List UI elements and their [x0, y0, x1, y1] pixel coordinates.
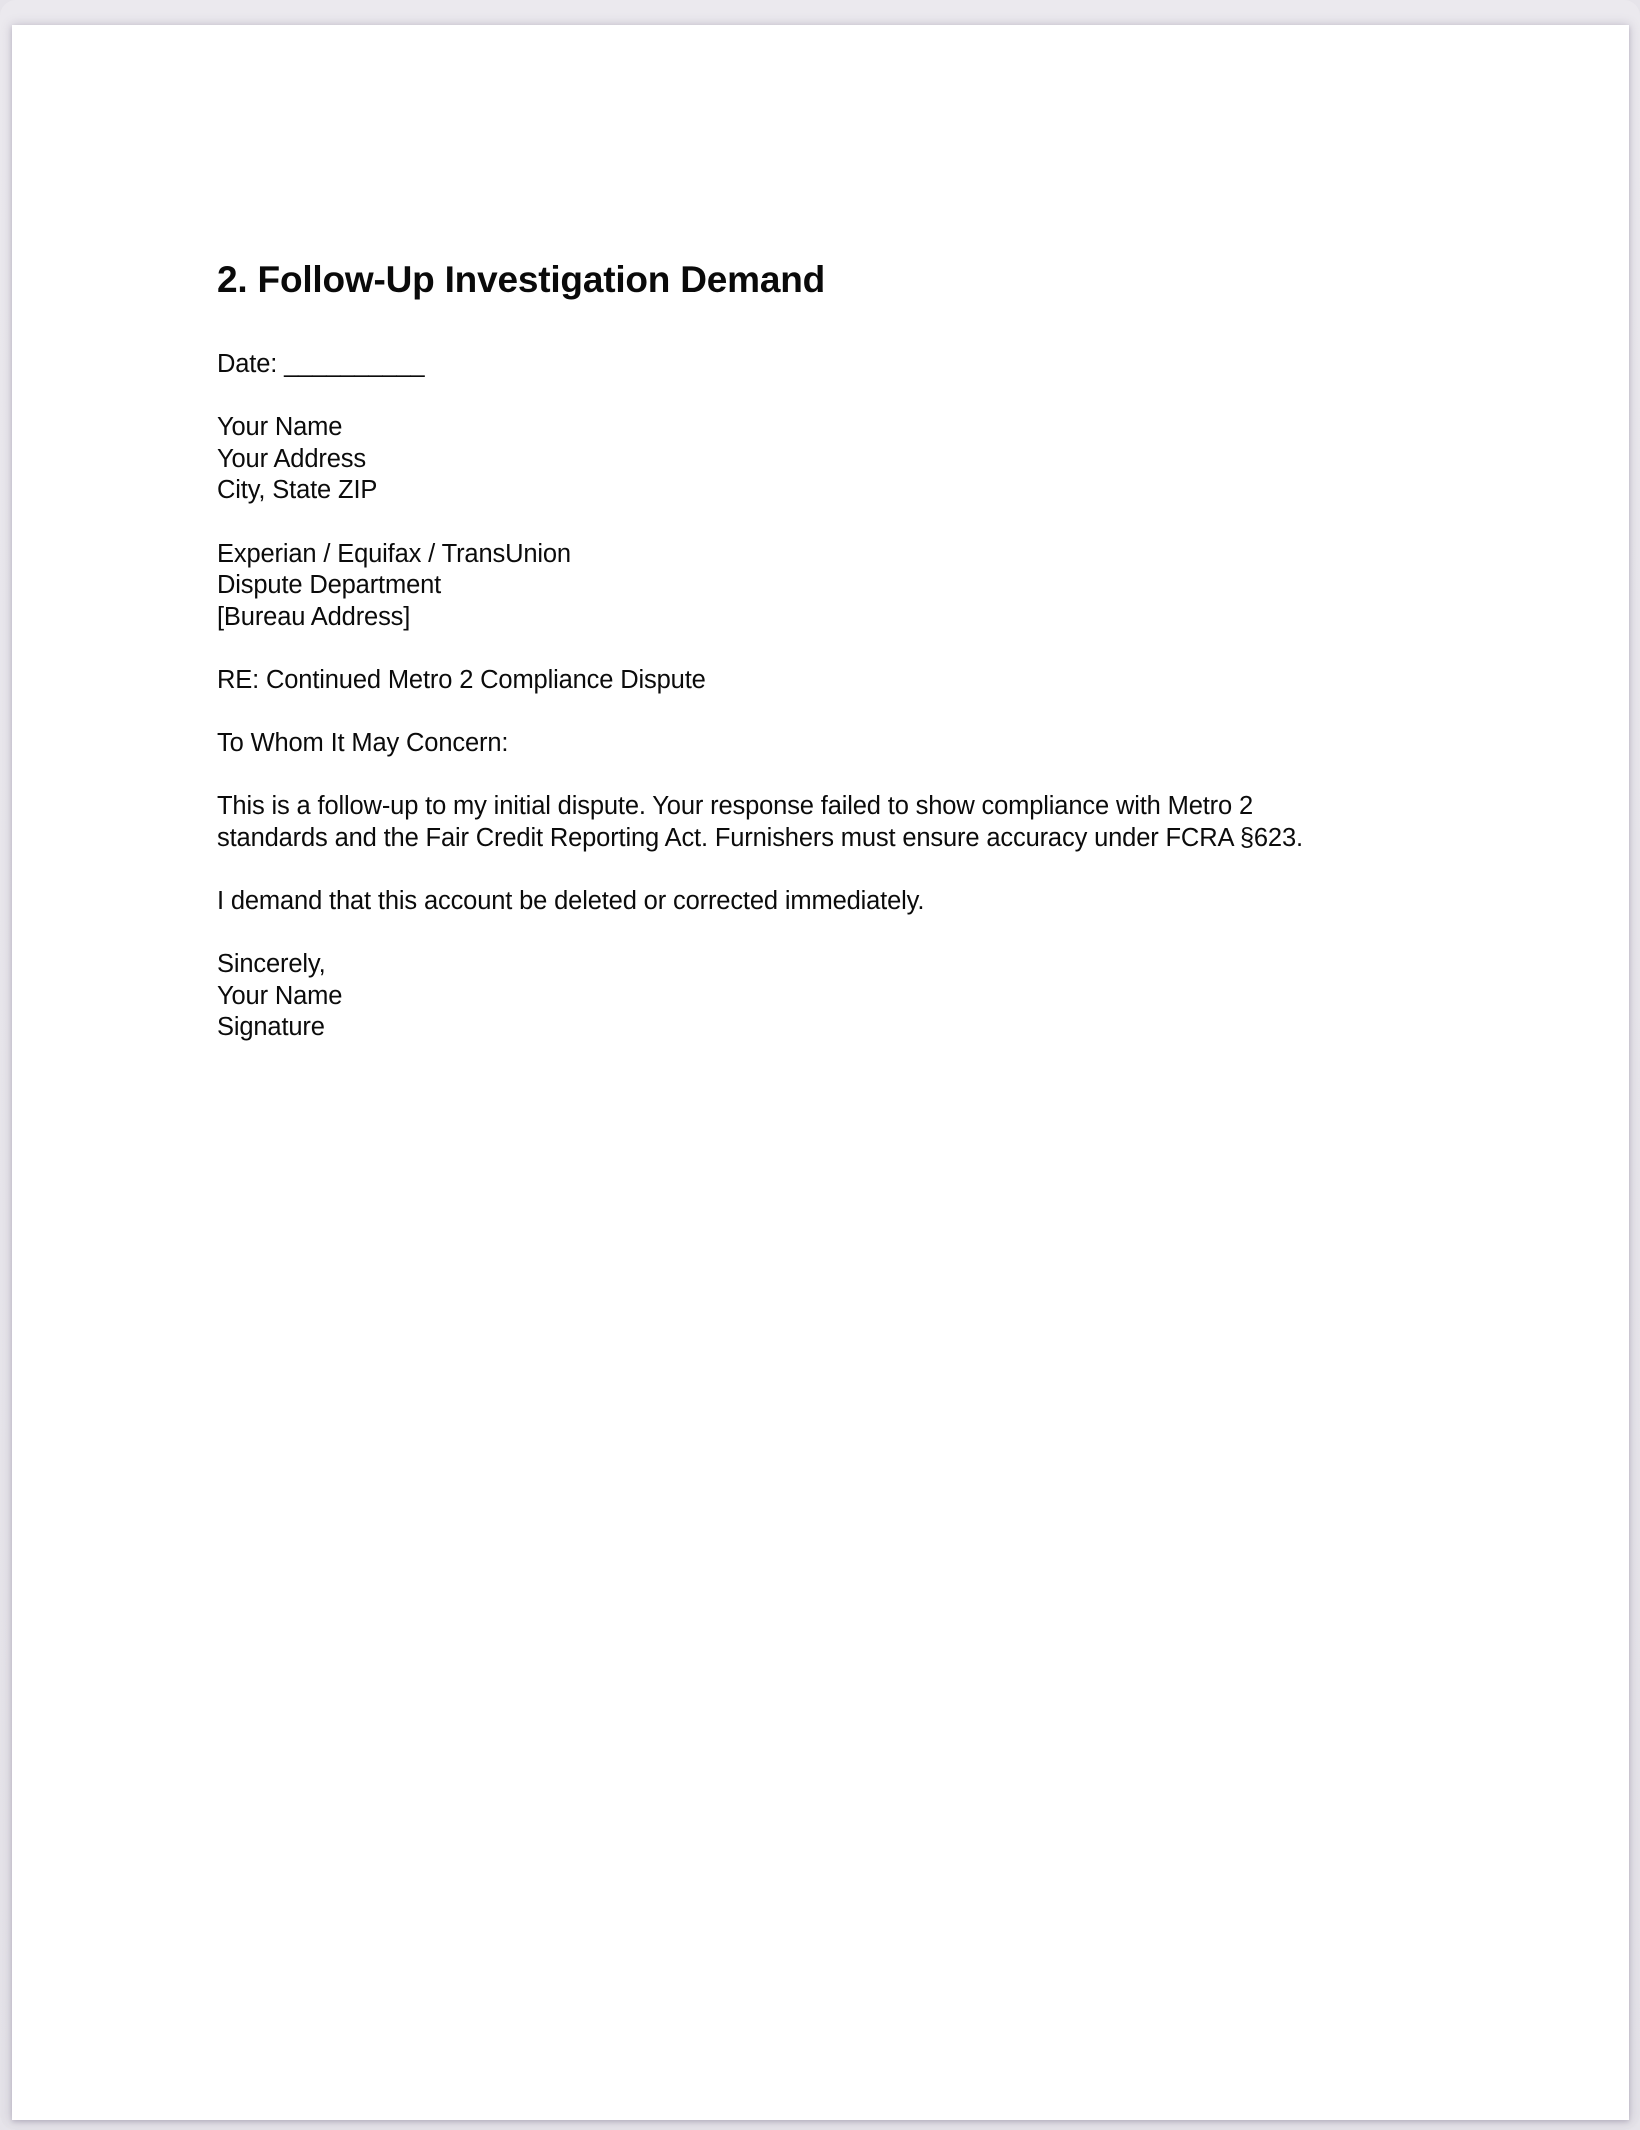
- body-paragraph-2-text: I demand that this account be deleted or…: [217, 886, 1437, 918]
- body-paragraph-1-line-2: standards and the Fair Credit Reporting …: [217, 823, 1437, 855]
- body-paragraph-2: I demand that this account be deleted or…: [217, 886, 1437, 918]
- date-line: Date: __________: [217, 349, 1437, 381]
- closing-block: Sincerely, Your Name Signature: [217, 949, 1437, 1044]
- closing-name: Your Name: [217, 981, 1437, 1013]
- letter-content: 2. Follow-Up Investigation Demand Date: …: [217, 257, 1437, 1044]
- spacer: [217, 760, 1437, 792]
- subject-text: RE: Continued Metro 2 Compliance Dispute: [217, 665, 1437, 697]
- salutation: To Whom It May Concern:: [217, 728, 1437, 760]
- salutation-text: To Whom It May Concern:: [217, 728, 1437, 760]
- body-paragraph-1-line-1: This is a follow-up to my initial disput…: [217, 791, 1437, 823]
- document-title: 2. Follow-Up Investigation Demand: [217, 257, 1437, 303]
- document-viewer-frame: 2. Follow-Up Investigation Demand Date: …: [0, 0, 1640, 2130]
- sender-city-state-zip: City, State ZIP: [217, 475, 1437, 507]
- document-page: 2. Follow-Up Investigation Demand Date: …: [12, 25, 1629, 2120]
- spacer: [217, 507, 1437, 539]
- sender-address: Your Address: [217, 444, 1437, 476]
- spacer: [217, 697, 1437, 729]
- spacer: [217, 633, 1437, 665]
- closing-signature: Signature: [217, 1012, 1437, 1044]
- body-paragraph-1: This is a follow-up to my initial disput…: [217, 791, 1437, 854]
- spacer: [217, 918, 1437, 950]
- date-field: Date: __________: [217, 349, 1437, 381]
- recipient-department: Dispute Department: [217, 570, 1437, 602]
- subject-line: RE: Continued Metro 2 Compliance Dispute: [217, 665, 1437, 697]
- recipient-bureaus: Experian / Equifax / TransUnion: [217, 539, 1437, 571]
- spacer: [217, 303, 1437, 349]
- sender-address-block: Your Name Your Address City, State ZIP: [217, 412, 1437, 507]
- letter-body: Date: __________ Your Name Your Address …: [217, 349, 1437, 1044]
- spacer: [217, 381, 1437, 413]
- closing-valediction: Sincerely,: [217, 949, 1437, 981]
- recipient-address: [Bureau Address]: [217, 602, 1437, 634]
- recipient-address-block: Experian / Equifax / TransUnion Dispute …: [217, 539, 1437, 634]
- spacer: [217, 855, 1437, 887]
- sender-name: Your Name: [217, 412, 1437, 444]
